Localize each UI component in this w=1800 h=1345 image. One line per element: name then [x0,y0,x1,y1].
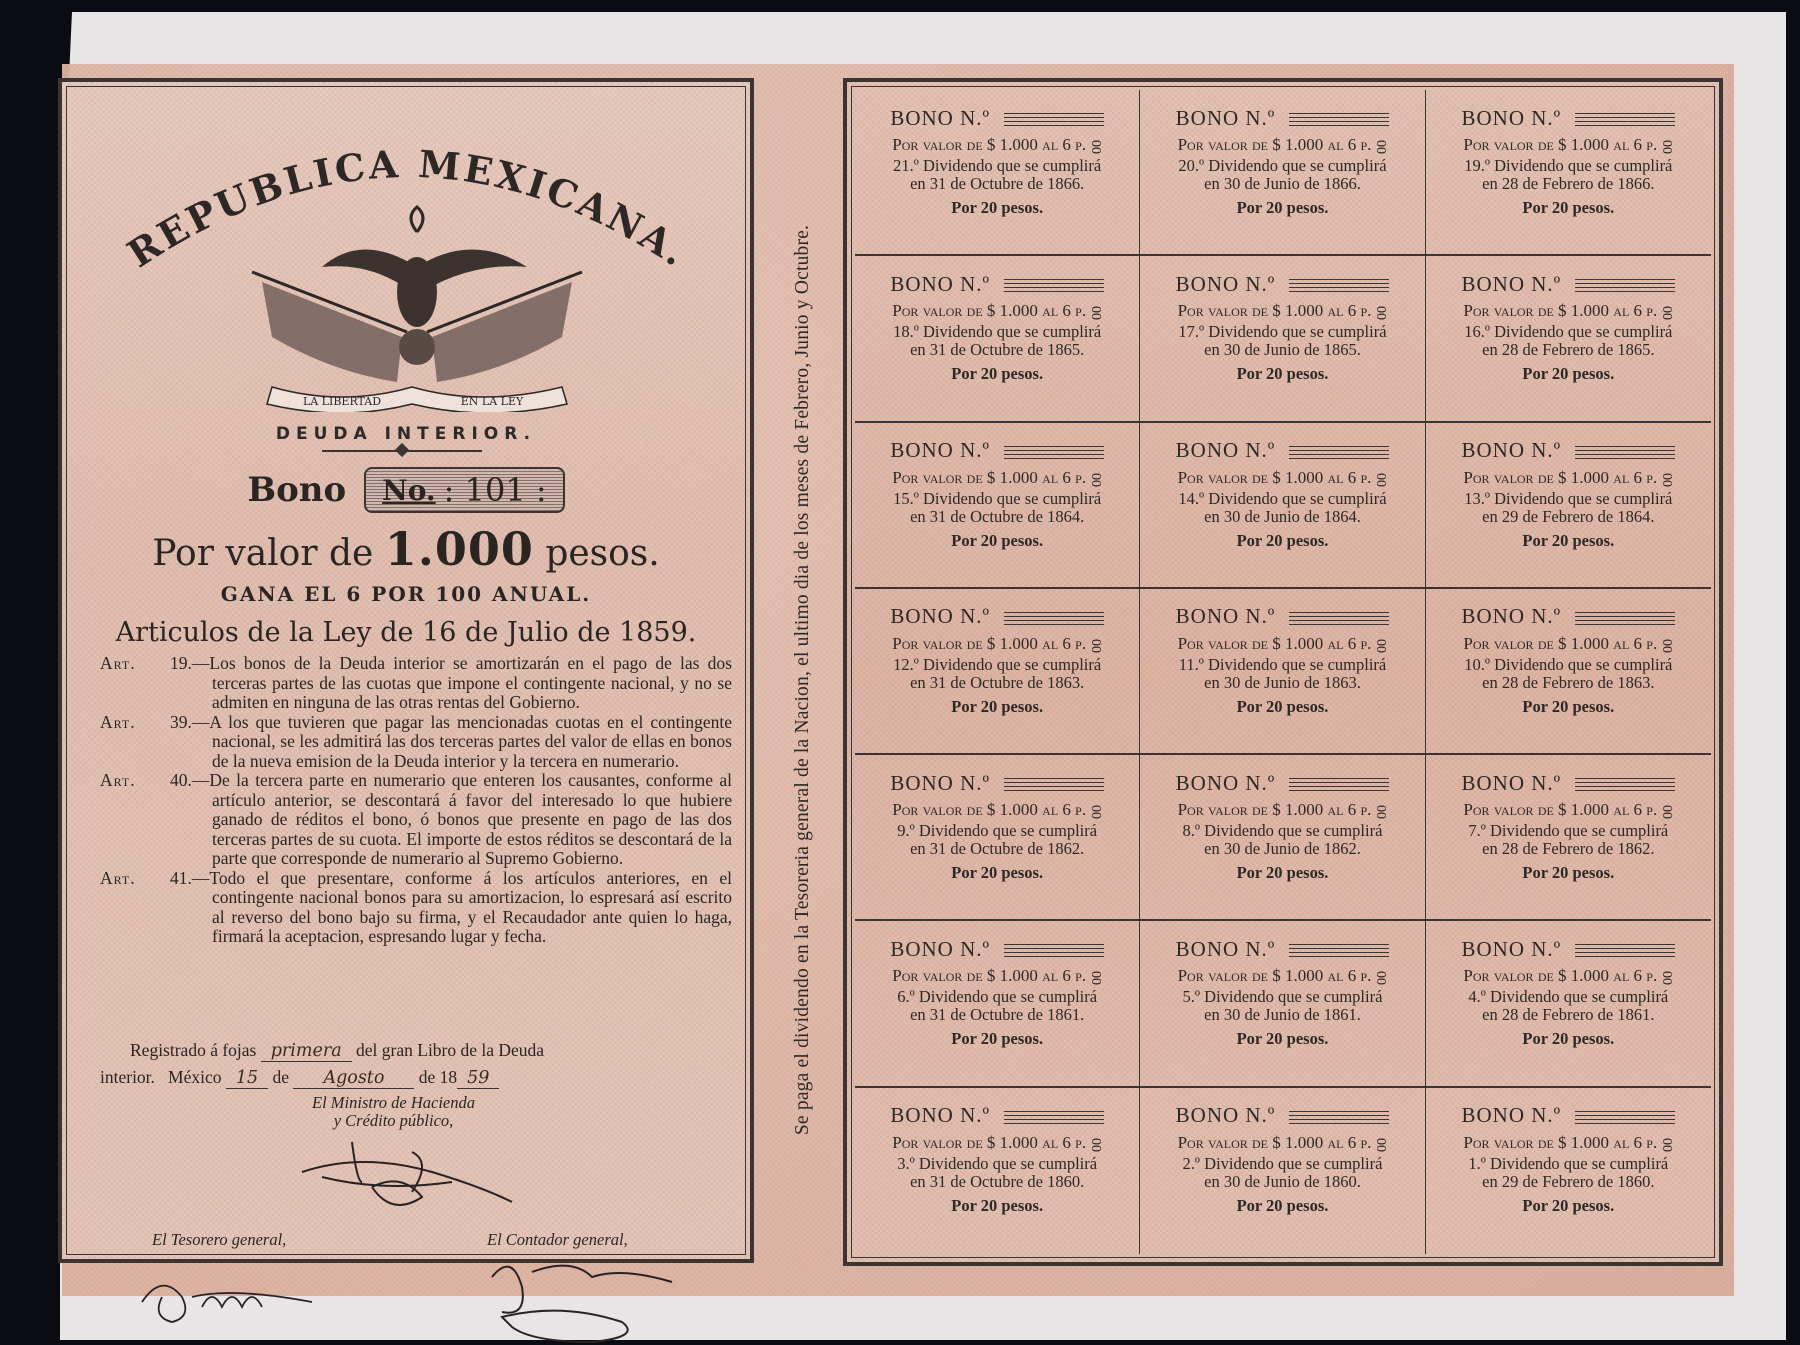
coupon-bono-label: BONO N.º [890,604,990,629]
coupon-valor-text: Por valor de $ 1.000 al 6 p. [892,1133,1086,1152]
coupon-valor-text: Por valor de $ 1.000 al 6 p. [1463,468,1657,487]
coupon-number-lines [1004,609,1104,625]
registration-line-2: interior. México 15 de Agosto de 1859 [100,1064,732,1091]
coupon-bono-header: BONO N.º [1426,104,1711,132]
coupon-bono-header: BONO N.º [1140,603,1424,631]
coupon-date: en 31 de Octubre de 1863. [910,673,1084,692]
coupon-amount: Por 20 pesos. [1426,198,1711,218]
article-text: 39.—A los que tuvieren que pagar las men… [170,713,732,772]
coupon-ordinal: 4.º [1468,987,1486,1006]
coupon-dividend-text: Dividendo que se cumplirá [923,489,1101,508]
coupon-valor: Por valor de $ 1.000 al 6 p.00 [855,135,1139,155]
coupon-date: en 28 de Febrero de 1865. [1482,340,1654,359]
coupon-date: en 28 de Febrero de 1866. [1482,174,1654,193]
coupon-pct: 00 [1087,473,1103,487]
coupon-ordinal: 10.º [1464,655,1490,674]
coupon-valor-text: Por valor de $ 1.000 al 6 p. [1178,1133,1372,1152]
coupon-bono-header: BONO N.º [1140,270,1424,298]
coupon-ordinal: 19.º [1464,156,1490,175]
coupon-amount: Por 20 pesos. [1426,697,1711,717]
coupon-dividend-text: Dividendo que se cumplirá [1208,655,1386,674]
bono-number-line: Bono No. : 101 : [62,467,750,513]
coupon-valor: Por valor de $ 1.000 al 6 p.00 [855,301,1139,321]
motto-right: EN LA LEY [461,395,524,408]
payment-notice-vertical: Se paga el dividendo en la Tesoreria gen… [783,120,823,1240]
coupon-dividend: 19.º Dividendo que se cumpliráen 28 de F… [1426,157,1711,193]
dividend-coupon[interactable]: BONO N.ºPor valor de $ 1.000 al 6 p.001.… [1426,1088,1711,1254]
interest-rate: GANA EL 6 POR 100 ANUAL. [62,582,750,606]
coupon-amount: Por 20 pesos. [1426,364,1711,384]
coupon-amount: Por 20 pesos. [855,1196,1139,1216]
coupon-amount: Por 20 pesos. [855,531,1139,551]
coupon-date: en 28 de Febrero de 1862. [1482,839,1654,858]
coupon-number-lines [1004,941,1104,957]
article-41: Art. 41.—Todo el que presentare, conform… [100,869,732,947]
coupon-date: en 30 de Junio de 1860. [1204,1172,1361,1191]
bono-label: Bono [247,470,346,510]
year-prefix: de 18 [419,1067,457,1087]
deuda-interior-subtitle: DEUDA INTERIOR. [62,424,750,444]
coupon-number-lines [1004,276,1104,292]
number-prefix: No. [382,474,436,507]
article-label: Art. [100,654,170,713]
coupon-valor: Por valor de $ 1.000 al 6 p.00 [1426,468,1711,488]
coupon-ordinal: 9.º [897,821,915,840]
dividend-coupon[interactable]: BONO N.ºPor valor de $ 1.000 al 6 p.0012… [855,589,1140,755]
dividend-coupon[interactable]: BONO N.ºPor valor de $ 1.000 al 6 p.0015… [855,423,1140,589]
article-label: Art. [100,771,170,869]
coupon-bono-label: BONO N.º [890,438,990,463]
coupon-bono-header: BONO N.º [1140,935,1424,963]
coupon-pct: 00 [1372,805,1388,819]
coupon-amount: Por 20 pesos. [855,364,1139,384]
coupon-dividend: 16.º Dividendo que se cumpliráen 28 de F… [1426,323,1711,359]
coupon-bono-label: BONO N.º [1176,106,1276,131]
coupon-number-lines [1575,1108,1675,1124]
coupon-valor-text: Por valor de $ 1.000 al 6 p. [892,634,1086,653]
coupon-ordinal: 2.º [1183,1154,1201,1173]
articles-heading: Articulos de la Ley de 16 de Julio de 18… [62,617,750,648]
coupon-bono-header: BONO N.º [855,270,1139,298]
coupon-date: en 31 de Octubre de 1860. [910,1172,1084,1191]
coupon-dividend: 12.º Dividendo que se cumpliráen 31 de O… [855,656,1139,692]
coupon-dividend-text: Dividendo que se cumplirá [923,156,1101,175]
coupon-valor-text: Por valor de $ 1.000 al 6 p. [892,135,1086,154]
coupon-valor: Por valor de $ 1.000 al 6 p.00 [1426,966,1711,986]
coupon-bono-label: BONO N.º [890,272,990,297]
coupon-bono-header: BONO N.º [1426,935,1711,963]
dividend-coupon[interactable]: BONO N.ºPor valor de $ 1.000 al 6 p.002.… [1140,1088,1425,1254]
article-text: 41.—Todo el que presentare, conforme á l… [170,869,732,947]
city-label: México [168,1067,221,1087]
coupon-valor: Por valor de $ 1.000 al 6 p.00 [1140,966,1424,986]
handwritten-folio: primera [261,1041,352,1062]
coupon-number-lines [1575,609,1675,625]
coupon-date: en 31 de Octubre de 1866. [910,174,1084,193]
coupon-amount: Por 20 pesos. [855,863,1139,883]
coupon-dividend: 4.º Dividendo que se cumpliráen 28 de Fe… [1426,988,1711,1024]
coupon-date: en 30 de Junio de 1866. [1204,174,1361,193]
coupon-dividend-text: Dividendo que se cumplirá [1494,655,1672,674]
coupon-bono-label: BONO N.º [1176,438,1276,463]
coupon-pct: 00 [1087,639,1103,653]
coupon-valor: Por valor de $ 1.000 al 6 p.00 [855,1133,1139,1153]
registration-block: Registrado á fojas primera del gran Libr… [100,1037,732,1091]
coupon-dividend: 13.º Dividendo que se cumpliráen 29 de F… [1426,490,1711,526]
coupon-bono-header: BONO N.º [855,104,1139,132]
handwritten-day: 15 [226,1068,268,1089]
coupon-valor: Por valor de $ 1.000 al 6 p.00 [1426,634,1711,654]
dividend-coupons-grid: BONO N.ºPor valor de $ 1.000 al 6 p.0021… [843,78,1723,1266]
coupon-valor: Por valor de $ 1.000 al 6 p.00 [1426,800,1711,820]
coupon-bono-label: BONO N.º [1176,771,1276,796]
coupon-number-lines [1575,276,1675,292]
coupon-dividend-text: Dividendo que se cumplirá [919,1154,1097,1173]
coupon-valor-text: Por valor de $ 1.000 al 6 p. [1178,468,1372,487]
coupon-amount: Por 20 pesos. [1140,1029,1424,1049]
coupon-number-lines [1289,941,1389,957]
coupon-bono-label: BONO N.º [1461,937,1561,962]
coupon-bono-label: BONO N.º [890,106,990,131]
coupon-dividend: 14.º Dividendo que se cumpliráen 30 de J… [1140,490,1424,526]
interior-label: interior. [100,1067,155,1087]
coupon-amount: Por 20 pesos. [1426,1196,1711,1216]
coupon-date: en 29 de Febrero de 1864. [1482,507,1654,526]
coupon-pct: 00 [1658,971,1674,985]
treasurer-title: El Tesorero general, [152,1230,286,1250]
coupon-valor-text: Por valor de $ 1.000 al 6 p. [1463,135,1657,154]
coupon-dividend-text: Dividendo que se cumplirá [1204,987,1382,1006]
coupon-date: en 28 de Febrero de 1863. [1482,673,1654,692]
coupon-valor-text: Por valor de $ 1.000 al 6 p. [1178,800,1372,819]
article-text: 40.—De la tercera parte en numerario que… [170,771,732,869]
dividend-coupon[interactable]: BONO N.ºPor valor de $ 1.000 al 6 p.0017… [1140,256,1425,422]
coupon-bono-header: BONO N.º [1426,1102,1711,1130]
coupon-dividend-text: Dividendo que se cumplirá [1490,987,1668,1006]
coupon-date: en 30 de Junio de 1863. [1204,673,1361,692]
coupon-dividend: 6.º Dividendo que se cumpliráen 31 de Oc… [855,988,1139,1024]
coupon-dividend-text: Dividendo que se cumplirá [1494,156,1672,175]
coupon-valor-text: Por valor de $ 1.000 al 6 p. [1178,966,1372,985]
coupon-dividend: 15.º Dividendo que se cumpliráen 31 de O… [855,490,1139,526]
minister-title: El Ministro de Hacienda y Crédito públic… [312,1094,475,1130]
coupon-date: en 30 de Junio de 1861. [1204,1005,1361,1024]
coupon-valor-text: Por valor de $ 1.000 al 6 p. [1178,135,1372,154]
coupon-ordinal: 8.º [1183,821,1201,840]
article-text: 19.—Los bonos de la Deuda interior se am… [170,654,732,713]
coupon-bono-header: BONO N.º [855,769,1139,797]
coupon-ordinal: 20.º [1178,156,1204,175]
coupon-bono-label: BONO N.º [1461,771,1561,796]
coupon-dividend: 3.º Dividendo que se cumpliráen 31 de Oc… [855,1155,1139,1191]
dividend-coupon[interactable]: BONO N.ºPor valor de $ 1.000 al 6 p.004.… [1426,921,1711,1087]
coupon-date: en 29 de Febrero de 1860. [1482,1172,1654,1191]
coupon-pct: 00 [1372,639,1388,653]
coupon-ordinal: 3.º [897,1154,915,1173]
coupon-bono-label: BONO N.º [1176,604,1276,629]
coupon-dividend: 2.º Dividendo que se cumpliráen 30 de Ju… [1140,1155,1424,1191]
dividend-coupon[interactable]: BONO N.ºPor valor de $ 1.000 al 6 p.0014… [1140,423,1425,589]
coupon-valor: Por valor de $ 1.000 al 6 p.00 [1140,634,1424,654]
coupon-bono-header: BONO N.º [1426,769,1711,797]
coupon-dividend-text: Dividendo que se cumplirá [1490,821,1668,840]
dividend-coupon[interactable]: BONO N.ºPor valor de $ 1.000 al 6 p.005.… [1140,921,1425,1087]
registration-line-1: Registrado á fojas primera del gran Libr… [100,1037,732,1064]
coupon-pct: 00 [1372,971,1388,985]
coupon-bono-header: BONO N.º [1140,769,1424,797]
coupon-number-lines [1004,110,1104,126]
coupon-valor-text: Por valor de $ 1.000 al 6 p. [1178,301,1372,320]
coupon-dividend: 10.º Dividendo que se cumpliráen 28 de F… [1426,656,1711,692]
coupon-pct: 00 [1658,639,1674,653]
coupon-dividend: 11.º Dividendo que se cumpliráen 30 de J… [1140,656,1424,692]
coupon-pct: 00 [1658,1138,1674,1152]
coupon-valor-text: Por valor de $ 1.000 al 6 p. [892,966,1086,985]
coupon-number-lines [1004,775,1104,791]
coupon-valor-text: Por valor de $ 1.000 al 6 p. [1463,634,1657,653]
coupon-ordinal: 18.º [893,322,919,341]
coupon-bono-header: BONO N.º [1140,104,1424,132]
coupon-amount: Por 20 pesos. [855,1029,1139,1049]
coupon-pct: 00 [1372,306,1388,320]
coupon-dividend-text: Dividendo que se cumplirá [1490,1154,1668,1173]
coupon-number-lines [1289,110,1389,126]
coupon-pct: 00 [1087,306,1103,320]
coupon-valor: Por valor de $ 1.000 al 6 p.00 [855,800,1139,820]
minister-signature-icon [282,1132,522,1222]
article-label: Art. [100,869,170,947]
coupon-number-lines [1575,775,1675,791]
coupon-ordinal: 12.º [893,655,919,674]
coupon-dividend-text: Dividendo que se cumplirá [1494,489,1672,508]
ornament-diamond-icon [395,443,409,457]
accountant-signature-icon [472,1247,712,1345]
coupon-number-lines [1004,443,1104,459]
coupon-pct: 00 [1372,473,1388,487]
article-39: Art. 39.—A los que tuvieren que pagar la… [100,713,732,772]
coupon-amount: Por 20 pesos. [1140,531,1424,551]
coupon-date: en 28 de Febrero de 1861. [1482,1005,1654,1024]
minister-line-2: y Crédito público, [312,1112,475,1130]
coupon-pct: 00 [1658,805,1674,819]
coupon-dividend: 7.º Dividendo que se cumpliráen 28 de Fe… [1426,822,1711,858]
payment-notice-text: Se paga el dividendo en la Tesoreria gen… [792,225,814,1135]
article-label: Art. [100,713,170,772]
coupon-dividend-text: Dividendo que se cumplirá [923,655,1101,674]
coupon-valor: Por valor de $ 1.000 al 6 p.00 [1140,301,1424,321]
dividend-coupon[interactable]: BONO N.ºPor valor de $ 1.000 al 6 p.0021… [855,90,1140,256]
coupon-dividend: 8.º Dividendo que se cumpliráen 30 de Ju… [1140,822,1424,858]
dividend-coupon[interactable]: BONO N.ºPor valor de $ 1.000 al 6 p.0020… [1140,90,1425,256]
coupon-dividend-text: Dividendo que se cumplirá [1204,821,1382,840]
bond-main-panel: REPUBLICA MEXICANA. LA LIBERTAD EN LA LE… [58,78,754,1263]
coupon-valor-text: Por valor de $ 1.000 al 6 p. [892,800,1086,819]
coupon-bono-label: BONO N.º [890,771,990,796]
coupon-valor: Por valor de $ 1.000 al 6 p.00 [1140,135,1424,155]
coupon-ordinal: 17.º [1178,322,1204,341]
coupon-dividend-text: Dividendo que se cumplirá [1204,1154,1382,1173]
coupon-pct: 00 [1087,971,1103,985]
coupon-ordinal: 16.º [1464,322,1490,341]
coupon-valor-text: Por valor de $ 1.000 al 6 p. [1178,634,1372,653]
valor-amount: 1.000 [385,522,534,576]
coupon-amount: Por 20 pesos. [1140,364,1424,384]
coupon-bono-header: BONO N.º [1426,603,1711,631]
dividend-coupon[interactable]: BONO N.ºPor valor de $ 1.000 al 6 p.003.… [855,1088,1140,1254]
dividend-coupon[interactable]: BONO N.ºPor valor de $ 1.000 al 6 p.0010… [1426,589,1711,755]
coupon-pct: 00 [1087,1138,1103,1152]
coupon-ordinal: 15.º [893,489,919,508]
coupon-valor: Por valor de $ 1.000 al 6 p.00 [855,966,1139,986]
coupon-amount: Por 20 pesos. [1140,198,1424,218]
coupon-ordinal: 21.º [893,156,919,175]
coupon-amount: Por 20 pesos. [1426,1029,1711,1049]
coupon-valor: Por valor de $ 1.000 al 6 p.00 [1426,301,1711,321]
coupon-bono-label: BONO N.º [890,1103,990,1128]
coupon-date: en 30 de Junio de 1864. [1204,507,1361,526]
coupon-bono-label: BONO N.º [1176,937,1276,962]
coupon-bono-header: BONO N.º [1426,270,1711,298]
coupon-number-lines [1289,276,1389,292]
coupon-ordinal: 14.º [1178,489,1204,508]
minister-line-1: El Ministro de Hacienda [312,1094,475,1112]
coupon-number-lines [1289,609,1389,625]
coupon-bono-label: BONO N.º [1176,1103,1276,1128]
coupon-bono-label: BONO N.º [1461,272,1561,297]
coupon-valor: Por valor de $ 1.000 al 6 p.00 [1426,135,1711,155]
coupon-ordinal: 7.º [1468,821,1486,840]
coupon-dividend-text: Dividendo que se cumplirá [923,322,1101,341]
coupon-valor-text: Por valor de $ 1.000 al 6 p. [1463,1133,1657,1152]
coupon-valor-text: Por valor de $ 1.000 al 6 p. [892,301,1086,320]
coupon-bono-label: BONO N.º [1461,1103,1561,1128]
coupon-valor: Por valor de $ 1.000 al 6 p.00 [855,634,1139,654]
dividend-coupon[interactable]: BONO N.ºPor valor de $ 1.000 al 6 p.0016… [1426,256,1711,422]
coupon-date: en 31 de Octubre de 1861. [910,1005,1084,1024]
coupon-dividend: 20.º Dividendo que se cumpliráen 30 de J… [1140,157,1424,193]
coupon-ordinal: 13.º [1464,489,1490,508]
coupon-pct: 00 [1087,805,1103,819]
handwritten-month: Agosto [293,1068,414,1089]
dividend-coupon[interactable]: BONO N.ºPor valor de $ 1.000 al 6 p.009.… [855,755,1140,921]
dividend-coupon[interactable]: BONO N.ºPor valor de $ 1.000 al 6 p.0011… [1140,589,1425,755]
coupon-date: en 31 de Octubre de 1864. [910,507,1084,526]
registro-prefix: Registrado á fojas [130,1040,256,1060]
motto-left: LA LIBERTAD [303,395,381,408]
coupon-pct: 00 [1658,140,1674,154]
valor-prefix: Por valor de [152,533,373,574]
coupon-valor-text: Por valor de $ 1.000 al 6 p. [892,468,1086,487]
coupon-bono-label: BONO N.º [1461,438,1561,463]
coupon-number-lines [1575,443,1675,459]
coupon-dividend: 1.º Dividendo que se cumpliráen 29 de Fe… [1426,1155,1711,1191]
coupon-date: en 30 de Junio de 1865. [1204,340,1361,359]
coupon-dividend: 18.º Dividendo que se cumpliráen 31 de O… [855,323,1139,359]
coupon-amount: Por 20 pesos. [1140,697,1424,717]
coupon-bono-header: BONO N.º [1140,1102,1424,1130]
face-value-line: Por valor de 1.000 pesos. [62,522,750,576]
coupon-dividend: 5.º Dividendo que se cumpliráen 30 de Ju… [1140,988,1424,1024]
dividend-coupon[interactable]: BONO N.ºPor valor de $ 1.000 al 6 p.007.… [1426,755,1711,921]
coupon-valor: Por valor de $ 1.000 al 6 p.00 [1140,800,1424,820]
coupon-bono-header: BONO N.º [1426,437,1711,465]
bond-serial-number: No. : 101 : [364,467,565,513]
coupon-amount: Por 20 pesos. [1426,531,1711,551]
coupon-ordinal: 1.º [1468,1154,1486,1173]
treasurer-signature-icon [132,1262,372,1332]
coupon-ordinal: 6.º [897,987,915,1006]
dividend-coupon[interactable]: BONO N.ºPor valor de $ 1.000 al 6 p.0019… [1426,90,1711,256]
coupon-valor: Por valor de $ 1.000 al 6 p.00 [1140,468,1424,488]
coupon-dividend-text: Dividendo que se cumplirá [919,987,1097,1006]
coupon-valor-text: Por valor de $ 1.000 al 6 p. [1463,800,1657,819]
coupon-number-lines [1575,110,1675,126]
coupon-amount: Por 20 pesos. [855,198,1139,218]
coupon-dividend: 17.º Dividendo que se cumpliráen 30 de J… [1140,323,1424,359]
valor-suffix: pesos. [545,533,659,574]
handwritten-year: 59 [457,1068,499,1089]
coupon-dividend-text: Dividendo que se cumplirá [1208,156,1386,175]
coupon-pct: 00 [1658,306,1674,320]
coupon-dividend-text: Dividendo que se cumplirá [919,821,1097,840]
coupon-valor: Por valor de $ 1.000 al 6 p.00 [1140,1133,1424,1153]
article-19: Art. 19.—Los bonos de la Deuda interior … [100,654,732,713]
coupon-dividend-text: Dividendo que se cumplirá [1208,322,1386,341]
coupon-pct: 00 [1372,1138,1388,1152]
coupon-bono-label: BONO N.º [1461,106,1561,131]
coupon-dividend-text: Dividendo que se cumplirá [1208,489,1386,508]
dividend-coupon[interactable]: BONO N.ºPor valor de $ 1.000 al 6 p.006.… [855,921,1140,1087]
coupon-number-lines [1289,775,1389,791]
article-40: Art. 40.—De la tercera parte en numerari… [100,771,732,869]
coupon-pct: 00 [1087,140,1103,154]
coupon-valor: Por valor de $ 1.000 al 6 p.00 [1426,1133,1711,1153]
coupon-bono-header: BONO N.º [855,935,1139,963]
coupon-amount: Por 20 pesos. [1140,1196,1424,1216]
coupon-dividend: 21.º Dividendo que se cumpliráen 31 de O… [855,157,1139,193]
coupon-number-lines [1289,1108,1389,1124]
coupon-date: en 31 de Octubre de 1862. [910,839,1084,858]
coupon-ordinal: 5.º [1183,987,1201,1006]
coupon-bono-label: BONO N.º [1176,272,1276,297]
coupon-valor: Por valor de $ 1.000 al 6 p.00 [855,468,1139,488]
coupon-number-lines [1004,1108,1104,1124]
eagle-coat-of-arms-icon: LA LIBERTAD EN LA LEY [232,172,602,412]
coupon-bono-header: BONO N.º [1140,437,1424,465]
dividend-coupon[interactable]: BONO N.ºPor valor de $ 1.000 al 6 p.008.… [1140,755,1425,921]
coupon-amount: Por 20 pesos. [1140,863,1424,883]
dividend-coupon[interactable]: BONO N.ºPor valor de $ 1.000 al 6 p.0013… [1426,423,1711,589]
coupon-amount: Por 20 pesos. [855,697,1139,717]
coupon-bono-label: BONO N.º [890,937,990,962]
law-articles: Art. 19.—Los bonos de la Deuda interior … [100,654,732,947]
coupon-pct: 00 [1658,473,1674,487]
coupon-bono-header: BONO N.º [855,603,1139,631]
coupon-date: en 30 de Junio de 1862. [1204,839,1361,858]
coupon-pct: 00 [1372,140,1388,154]
de-label: de [273,1067,290,1087]
registro-suffix: del gran Libro de la Deuda [356,1040,544,1060]
coupon-bono-label: BONO N.º [1461,604,1561,629]
coupon-amount: Por 20 pesos. [1426,863,1711,883]
coupon-number-lines [1575,941,1675,957]
coupon-valor-text: Por valor de $ 1.000 al 6 p. [1463,966,1657,985]
coupon-date: en 31 de Octubre de 1865. [910,340,1084,359]
coupon-dividend-text: Dividendo que se cumplirá [1494,322,1672,341]
dividend-coupon[interactable]: BONO N.ºPor valor de $ 1.000 al 6 p.0018… [855,256,1140,422]
coupon-bono-header: BONO N.º [855,1102,1139,1130]
number-value: : 101 : [444,471,547,509]
